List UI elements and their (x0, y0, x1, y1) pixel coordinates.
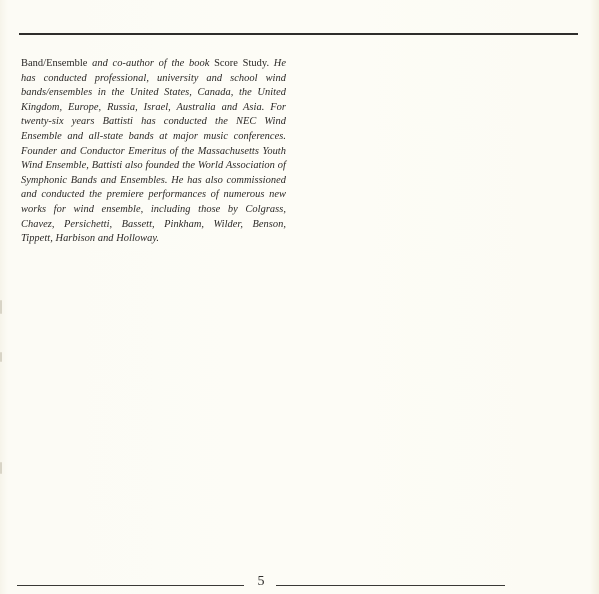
page-edge-mark (0, 462, 2, 474)
footer-rule-left (17, 585, 244, 586)
book-title: Score Study. (214, 58, 274, 69)
page-edge-mark (0, 300, 2, 314)
text-run: and co-author of the book (92, 58, 214, 69)
biography-text: Band/Ensemble and co-author of the book … (21, 57, 286, 247)
page-footer: 5 (17, 574, 505, 594)
footer-rule-right (276, 585, 505, 586)
text-run: He has conducted professional, universit… (21, 58, 286, 244)
biography-paragraph: Band/Ensemble and co-author of the book … (21, 57, 286, 247)
page-edge-mark (0, 352, 2, 362)
header-rule (19, 33, 578, 35)
page-number: 5 (254, 574, 268, 590)
text-run: Band/Ensemble (21, 58, 92, 69)
booklet-page: Band/Ensemble and co-author of the book … (0, 0, 599, 594)
